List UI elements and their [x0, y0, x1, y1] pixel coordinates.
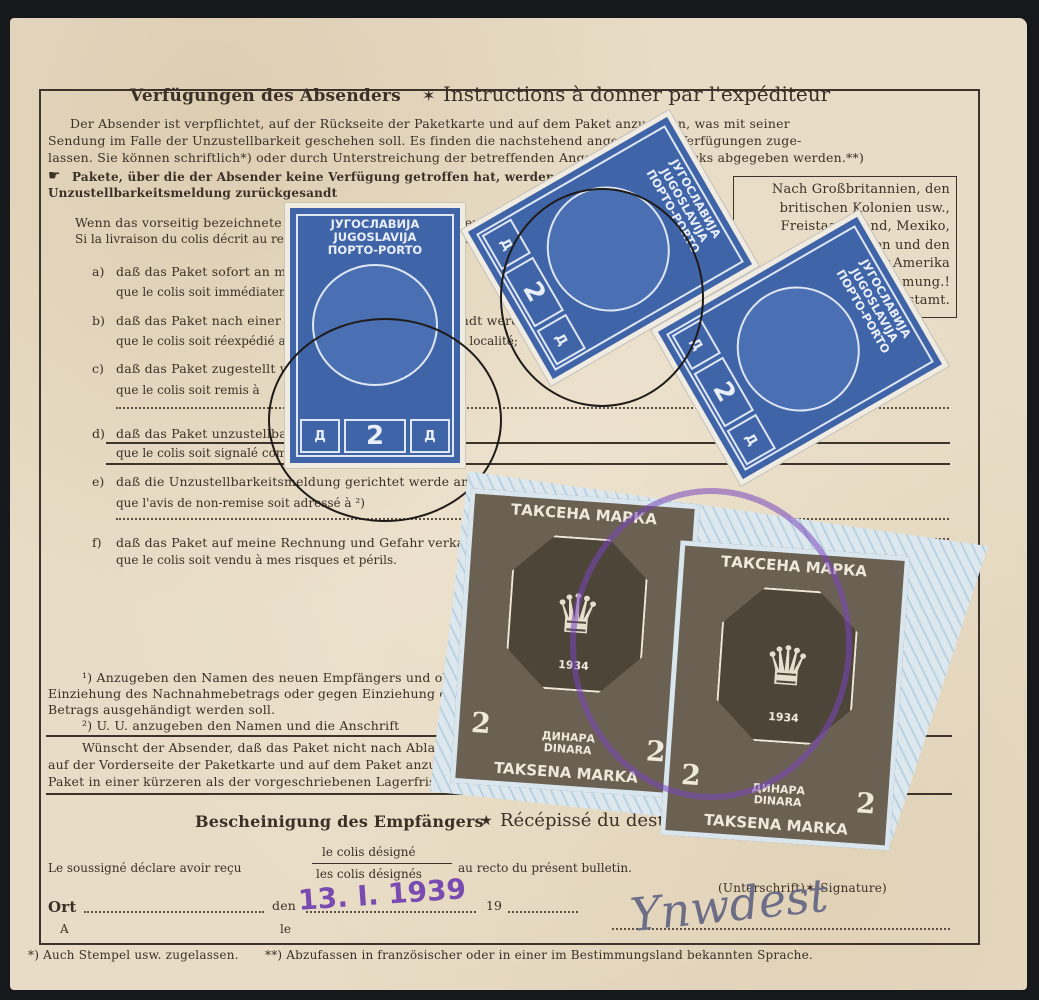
footer-note-2: **) Abzufassen in französischer oder in …	[265, 948, 813, 962]
underline	[106, 442, 950, 444]
violet-cancel-stamp	[570, 488, 852, 800]
option-letter: d)	[92, 426, 105, 441]
declaration-start: Le soussigné déclare avoir reçu	[48, 861, 241, 875]
notice-line-2: Unzustellbarkeitsmeldung zurückgesandt	[48, 186, 337, 200]
fraction-bar	[312, 863, 452, 864]
zagreb-postmark	[500, 188, 704, 407]
notice-line-1: Pakete, über die der Absender keine Verf…	[72, 170, 593, 184]
footer-note-1: *) Auch Stempel usw. zugelassen.	[28, 948, 239, 962]
date-label-de: den	[272, 898, 296, 913]
option-fr: que le colis soit remis à	[116, 383, 260, 397]
option-letter: b)	[92, 313, 105, 328]
title-separator: ✶	[422, 86, 435, 105]
sender-title-fr: Instructions à donner par l'expéditeur	[443, 82, 830, 106]
sender-title-de: Verfügungen des Absenders	[130, 86, 401, 106]
intro-line-3: lassen. Sie können schriftlich*) oder du…	[48, 150, 864, 165]
parcel-card: Verfügungen des Absenders ✶ Instructions…	[10, 18, 1027, 990]
option-fr: que le colis soit vendu à mes risques et…	[116, 553, 397, 567]
box-line: Nach Großbritannien, den	[740, 181, 950, 200]
place-field[interactable]	[84, 911, 264, 913]
recipient-title-de: Bescheinigung des Empfängers	[195, 812, 484, 831]
underline	[106, 463, 950, 465]
option-letter: a)	[92, 264, 104, 279]
place-label-de: Ort	[48, 898, 77, 916]
fraction-top[interactable]: le colis désigné	[322, 845, 416, 859]
year-field[interactable]	[508, 911, 578, 913]
intro-line-1: Der Absender ist verpflichtet, auf der R…	[70, 116, 790, 131]
year-prefix: 19	[486, 898, 502, 913]
place-label-fr: A	[60, 922, 69, 936]
stamp-text: ЈУГОСЛАВИЈА JUGOSLAVIJA ПОРТО-PORTO	[300, 218, 450, 257]
pointing-hand-icon: ☛	[48, 168, 61, 184]
box-line: britischen Kolonien usw.,	[740, 200, 950, 219]
date-label-fr: le	[280, 922, 291, 936]
footnote-2: ²) U. U. anzugeben den Namen und die Ans…	[82, 718, 399, 733]
title-separator: ★	[480, 813, 493, 829]
option-letter: f)	[92, 535, 102, 550]
option-letter: e)	[92, 474, 104, 489]
option-letter: c)	[92, 361, 104, 376]
declaration-end: au recto du présent bulletin.	[458, 861, 632, 875]
footnote-1-line-3: Betrags ausgehändigt werden soll.	[48, 702, 275, 717]
